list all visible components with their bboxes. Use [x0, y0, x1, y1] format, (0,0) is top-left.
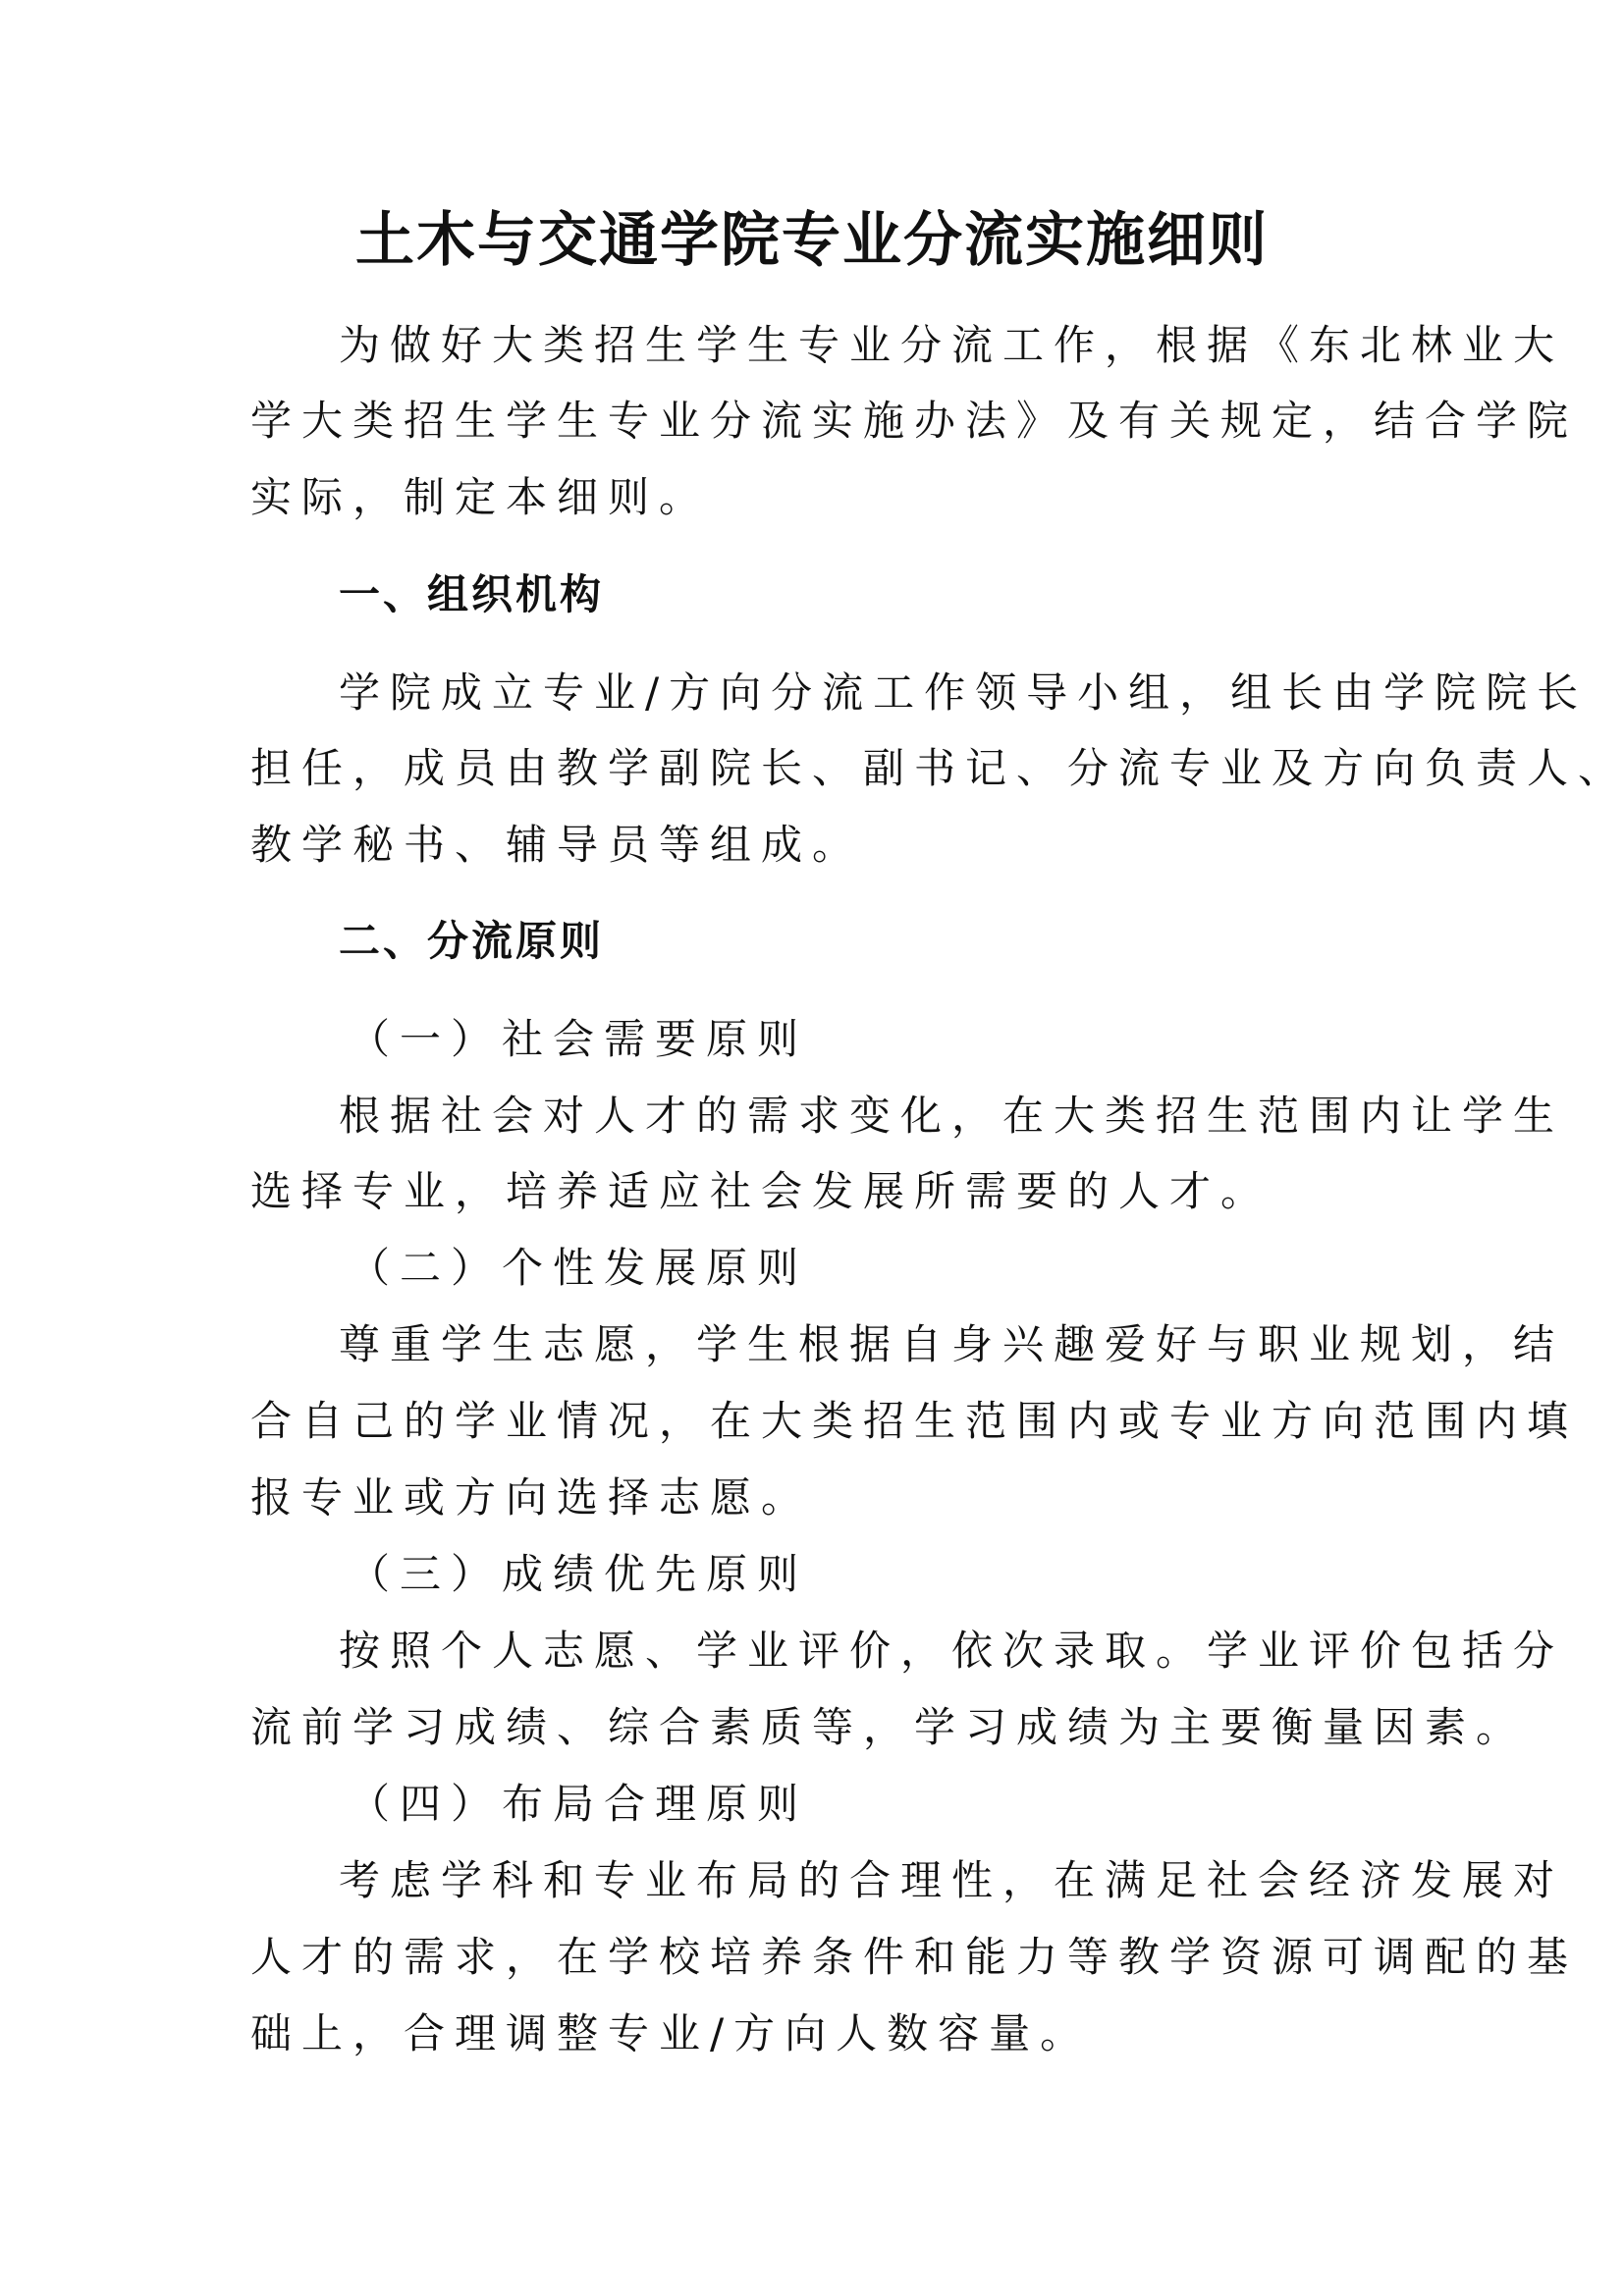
body-line: 考虑学科和专业布局的合理性，在满足社会经济发展对 [339, 1851, 1478, 1910]
body-line: 尊重学生志愿，学生根据自身兴趣爱好与职业规划，结 [339, 1315, 1478, 1374]
section-heading: 二、分流原则 [339, 912, 1478, 971]
body-line: 根据社会对人才的需求变化，在大类招生范围内让学生 [339, 1087, 1478, 1146]
body-line: 合自己的学业情况，在大类招生范围内或专业方向范围内填 [250, 1392, 1389, 1451]
body-line: 教学秘书、辅导员等组成。 [250, 816, 1389, 875]
subsection-heading: （四）布局合理原则 [349, 1775, 1488, 1834]
subsection-heading: （三）成绩优先原则 [349, 1545, 1488, 1604]
document-title: 土木与交通学院专业分流实施细则 [0, 201, 1624, 280]
body-line: 础上，合理调整专业/方向人数容量。 [250, 2004, 1389, 2063]
body-line: 人才的需求，在学校培养条件和能力等教学资源可调配的基 [250, 1928, 1389, 1987]
section-heading: 一、组织机构 [339, 565, 1478, 624]
body-line: 担任，成员由教学副院长、副书记、分流专业及方向负责人、 [250, 739, 1389, 798]
body-line: 学院成立专业/方向分流工作领导小组，组长由学院院长 [339, 664, 1478, 722]
body-line: 选择专业，培养适应社会发展所需要的人才。 [250, 1162, 1389, 1221]
body-line: 报专业或方向选择志愿。 [250, 1468, 1389, 1527]
intro-line: 学大类招生学生专业分流实施办法》及有关规定，结合学院 [250, 392, 1389, 451]
intro-line: 实际，制定本细则。 [250, 468, 1389, 527]
intro-line: 为做好大类招生学生专业分流工作，根据《东北林业大 [339, 316, 1478, 375]
subsection-heading: （一）社会需要原则 [349, 1010, 1488, 1069]
body-line: 流前学习成绩、综合素质等，学习成绩为主要衡量因素。 [250, 1698, 1389, 1757]
document-page: 土木与交通学院专业分流实施细则 为做好大类招生学生专业分流工作，根据《东北林业大… [0, 0, 1624, 2296]
subsection-heading: （二）个性发展原则 [349, 1239, 1488, 1298]
body-line: 按照个人志愿、学业评价，依次录取。学业评价包括分 [339, 1622, 1478, 1681]
